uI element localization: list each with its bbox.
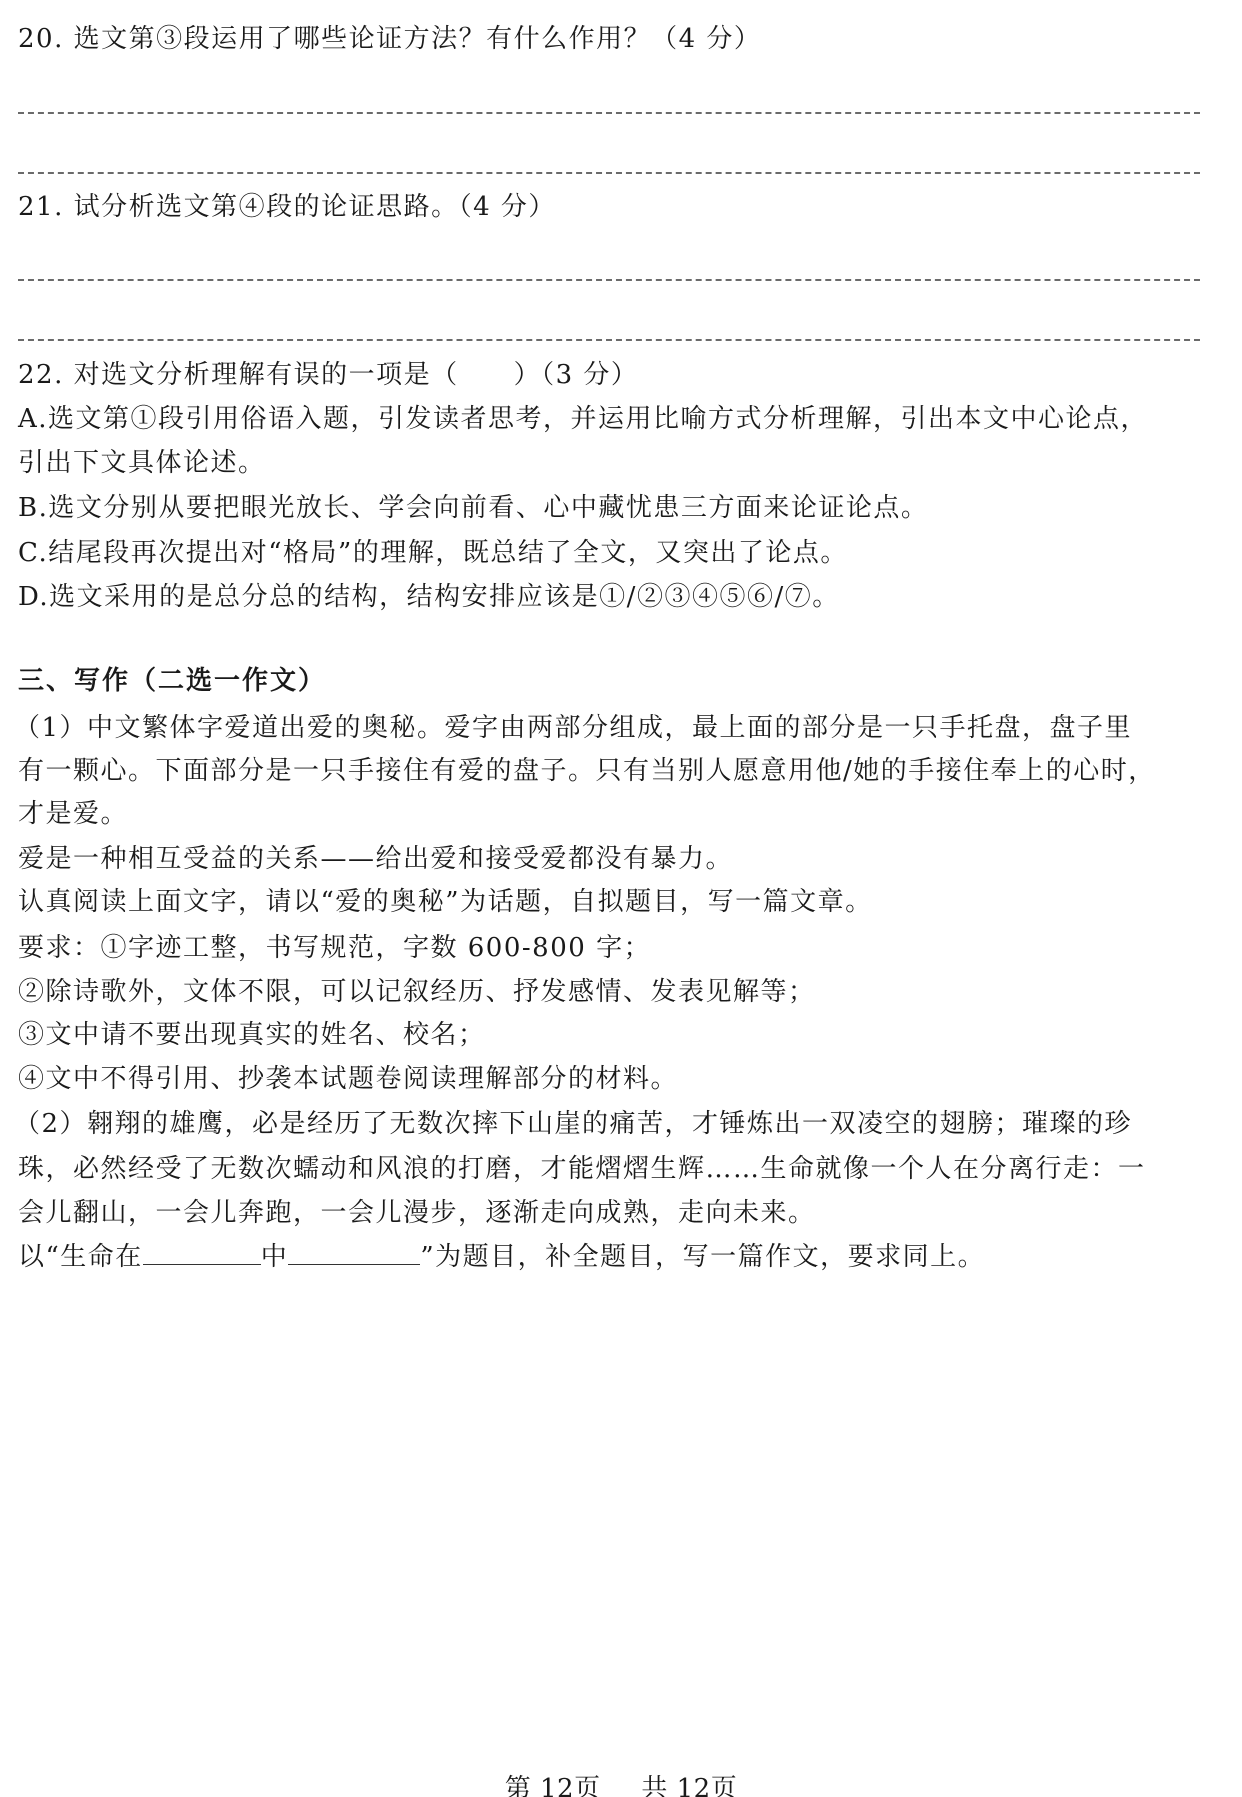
prompt-2-title-line: 以“生命在中”为题目，补全题目，写一篇作文，要求同上。 <box>18 1240 1222 1274</box>
prompt-2-line: 珠，必然经受了无数次蠕动和风浪的打磨，才能熠熠生辉……生命就像一个人在分离行走：… <box>18 1152 1222 1186</box>
total-pages: 共 12页 <box>641 1774 737 1797</box>
prompt-1-line: （1）中文繁体字爱道出爱的奥秘。爱字由两部分组成，最上面的部分是一只手托盘，盘子… <box>14 711 1222 745</box>
prompt-2-line: 会儿翻山，一会儿奔跑，一会儿漫步，逐渐走向成熟，走向未来。 <box>18 1196 1222 1230</box>
option-d[interactable]: D.选文采用的是总分总的结构，结构安排应该是①/②③④⑤⑥/⑦。 <box>18 580 1222 614</box>
section-heading: 三、写作（二选一作文） <box>18 664 1222 698</box>
option-a-continued: 引出下文具体论述。 <box>18 446 1222 480</box>
prompt-1-line: 才是爱。 <box>18 797 1222 831</box>
requirement-1: 要求：①字迹工整，书写规范，字数 600-800 字； <box>18 931 1222 965</box>
question-22: 22. 对选文分析理解有误的一项是（ ）（3 分） <box>18 358 1222 392</box>
requirement-4: ④文中不得引用、抄袭本试题卷阅读理解部分的材料。 <box>18 1062 1222 1096</box>
current-page: 第 12页 <box>505 1774 601 1797</box>
option-a[interactable]: A.选文第①段引用俗语入题，引发读者思考，并运用比喻方式分析理解，引出本文中心论… <box>18 402 1222 436</box>
answer-line[interactable] <box>18 279 1200 281</box>
answer-line[interactable] <box>18 172 1200 174</box>
prompt-1-line: 有一颗心。下面部分是一只手接住有爱的盘子。只有当别人愿意用他/她的手接住奉上的心… <box>18 754 1222 788</box>
requirement-2: ②除诗歌外，文体不限，可以记叙经历、抒发感情、发表见解等； <box>18 975 1222 1009</box>
option-c[interactable]: C.结尾段再次提出对“格局”的理解，既总结了全文，又突出了论点。 <box>18 536 1222 570</box>
option-b[interactable]: B.选文分别从要把眼光放长、学会向前看、心中藏忧患三方面来论证论点。 <box>18 491 1222 525</box>
prompt-1-line: 认真阅读上面文字，请以“爱的奥秘”为话题，自拟题目，写一篇文章。 <box>18 885 1222 919</box>
page-footer: 第 12页 共 12页 <box>0 1768 1242 1797</box>
prompt-2-line: （2）翱翔的雄鹰，必是经历了无数次摔下山崖的痛苦，才锤炼出一双凌空的翅膀；璀璨的… <box>14 1107 1222 1141</box>
question-21: 21. 试分析选文第④段的论证思路。（4 分） <box>18 190 1222 224</box>
question-20: 20. 选文第③段运用了哪些论证方法？有什么作用？（4 分） <box>18 22 1222 56</box>
title-suffix: ”为题目，补全题目，写一篇作文，要求同上。 <box>420 1242 985 1272</box>
prompt-1-line: 爱是一种相互受益的关系——给出爱和接受爱都没有暴力。 <box>18 842 1222 876</box>
requirement-3: ③文中请不要出现真实的姓名、校名； <box>18 1018 1222 1052</box>
answer-line[interactable] <box>18 112 1200 114</box>
title-prefix: 以“生命在 <box>18 1242 143 1272</box>
answer-line[interactable] <box>18 339 1200 341</box>
title-blank-2[interactable] <box>288 1240 420 1265</box>
title-middle: 中 <box>261 1242 289 1272</box>
title-blank-1[interactable] <box>143 1240 261 1265</box>
